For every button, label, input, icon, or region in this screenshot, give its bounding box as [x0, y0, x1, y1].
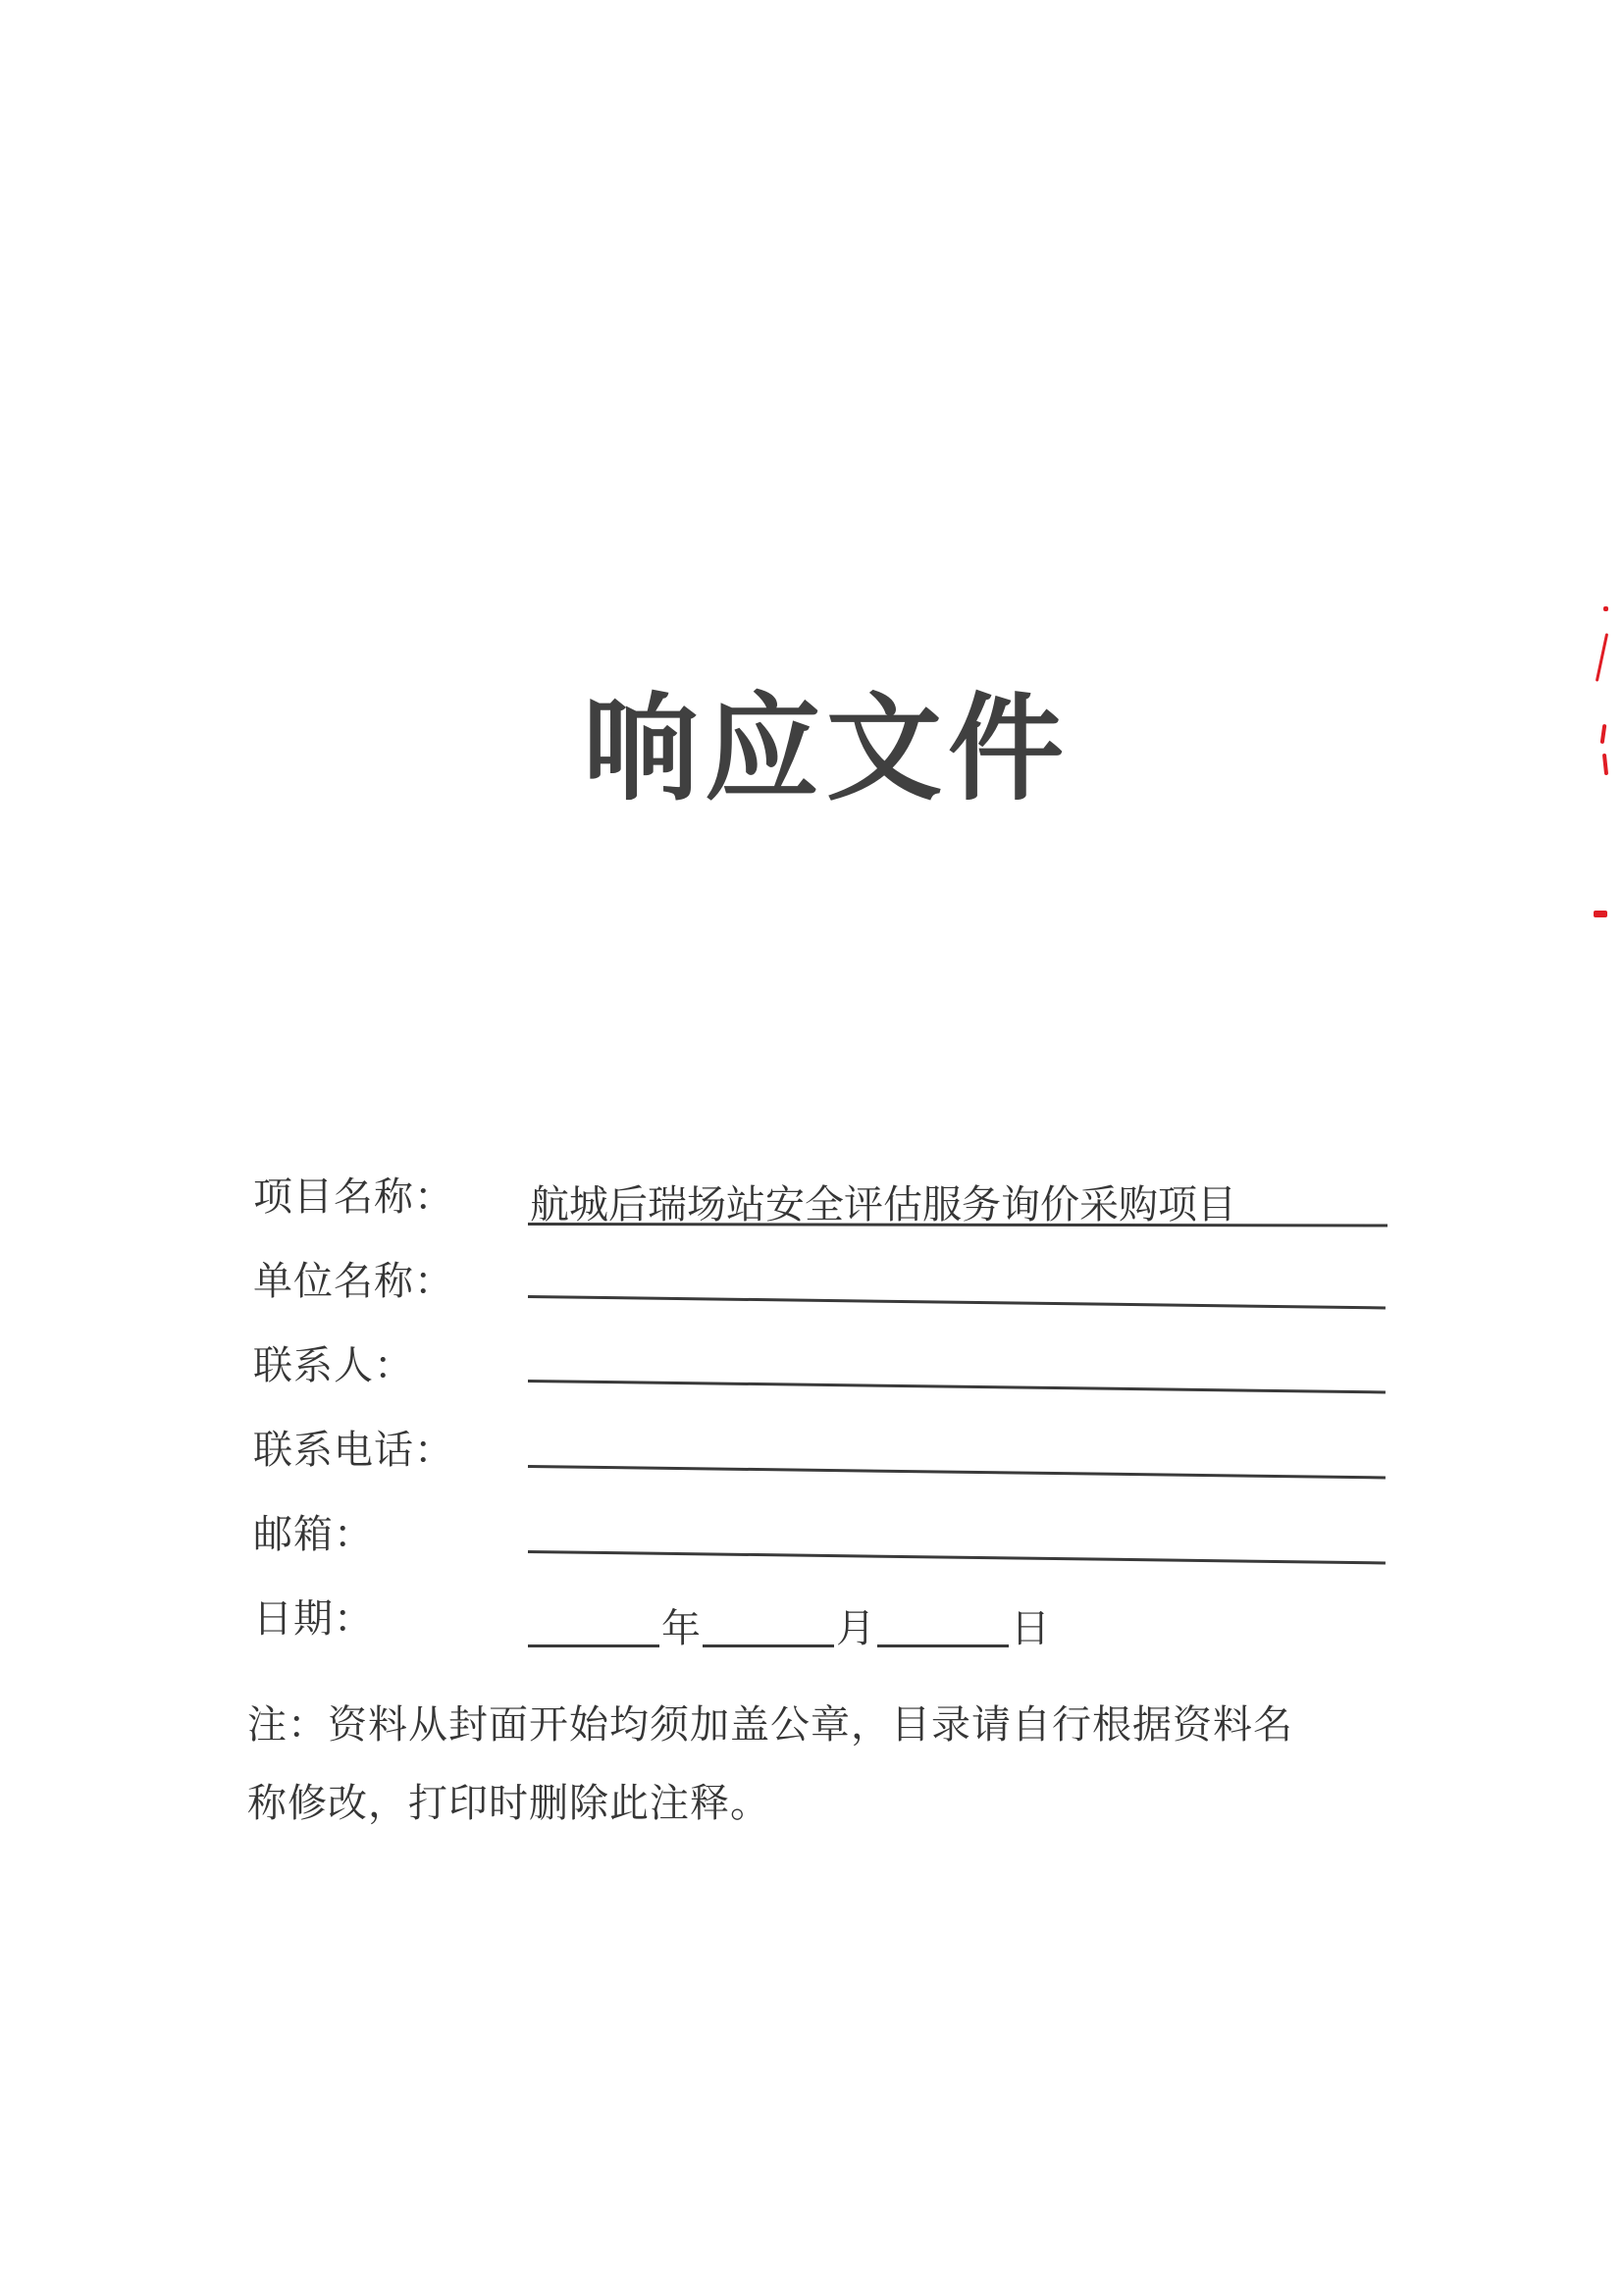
- contact-person-underline: [528, 1380, 1386, 1393]
- date-label: 日期：: [253, 1588, 374, 1644]
- contact-phone-underline: [528, 1465, 1386, 1479]
- note-line-2: 称修改，打印时删除此注释。: [247, 1764, 1405, 1843]
- date-month-field[interactable]: [703, 1607, 834, 1647]
- document-page: 响应文件 项目名称： 航城后瑞场站安全评估服务询价采购项目 单位名称： 联系人：…: [0, 0, 1623, 2296]
- contact-phone-label: 联系电话：: [253, 1419, 454, 1475]
- note-line-1: 注：资料从封面开始均须加盖公章，目录请自行根据资料名: [247, 1686, 1405, 1764]
- document-title: 响应文件: [0, 655, 1623, 822]
- email-underline: [528, 1550, 1386, 1564]
- date-year-field[interactable]: [528, 1607, 659, 1647]
- date-year-unit: 年: [659, 1597, 703, 1653]
- project-name-label: 项目名称：: [253, 1166, 454, 1222]
- contact-person-label: 联系人：: [253, 1334, 414, 1390]
- email-label: 邮箱：: [253, 1503, 374, 1559]
- title-text: 响应文件: [583, 655, 1070, 822]
- unit-name-underline: [528, 1295, 1386, 1309]
- project-name-value: 航城后瑞场站安全评估服务询价采购项目: [530, 1174, 1236, 1229]
- date-day-field[interactable]: [877, 1607, 1009, 1647]
- note-block: 注：资料从封面开始均须加盖公章，目录请自行根据资料名 称修改，打印时删除此注释。: [247, 1686, 1405, 1843]
- date-day-unit: 日: [1009, 1597, 1052, 1653]
- date-row: 年 月 日: [528, 1597, 1052, 1653]
- date-month-unit: 月: [834, 1597, 877, 1653]
- unit-name-label: 单位名称：: [253, 1250, 454, 1306]
